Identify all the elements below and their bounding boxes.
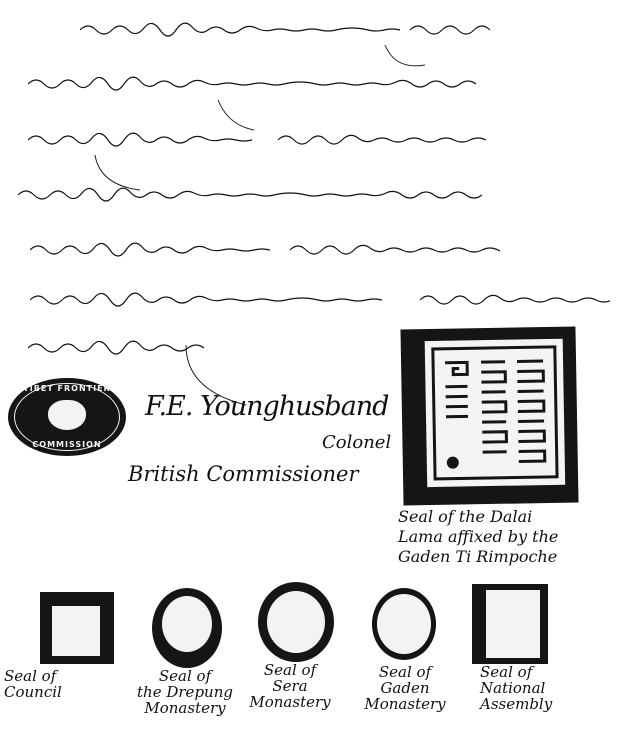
dalai-lama-seal-caption: Seal of the Dalai Lama affixed by the Ga…: [398, 507, 618, 567]
signature-title: British Commissioner: [128, 463, 358, 485]
dalai-lama-seal: [400, 326, 578, 505]
seal-gaden-caption: Seal of Gaden Monastery: [345, 664, 465, 712]
seal-national-assembly-caption: Seal of National Assembly: [480, 664, 610, 712]
tibetan-line-6: [handwritten Tibetan script, line 6]: [30, 288, 610, 308]
tibetan-line-4: [handwritten Tibetan script, line 4]: [18, 183, 488, 203]
tibetan-line-5: [handwritten Tibetan script, line 5]: [30, 238, 500, 258]
stamp-text-top: TIBET FRONTIER: [8, 384, 126, 393]
signature-rank: Colonel: [322, 434, 391, 453]
seal-sera-caption: Seal of Sera Monastery: [230, 662, 350, 710]
seal-drepung-caption: Seal of the Drepung Monastery: [125, 668, 245, 716]
stamp-crest-icon: [48, 400, 86, 430]
seal-drepung-monastery: [152, 588, 222, 668]
stamp-text-bottom: COMMISSION: [8, 440, 126, 449]
seal-sera-monastery: [258, 582, 334, 662]
tibetan-line-1: [handwritten Tibetan script, line 1]: [80, 18, 495, 38]
tibetan-line-3: [handwritten Tibetan script, line 3]: [28, 128, 488, 148]
tibet-frontier-commission-stamp: TIBET FRONTIER COMMISSION: [8, 378, 126, 456]
seal-council: [40, 592, 114, 664]
signature-name: F.E. Younghusband: [145, 393, 388, 421]
tibetan-line-7: [handwritten Tibetan script, line 7]: [28, 336, 218, 356]
seal-script-pattern-icon: [425, 339, 566, 487]
seal-gaden-monastery: [372, 588, 436, 660]
seal-national-assembly: [472, 584, 548, 664]
seal-council-caption: Seal of Council: [4, 668, 114, 700]
tibetan-line-2: [handwritten Tibetan script, line 2]: [28, 72, 488, 92]
